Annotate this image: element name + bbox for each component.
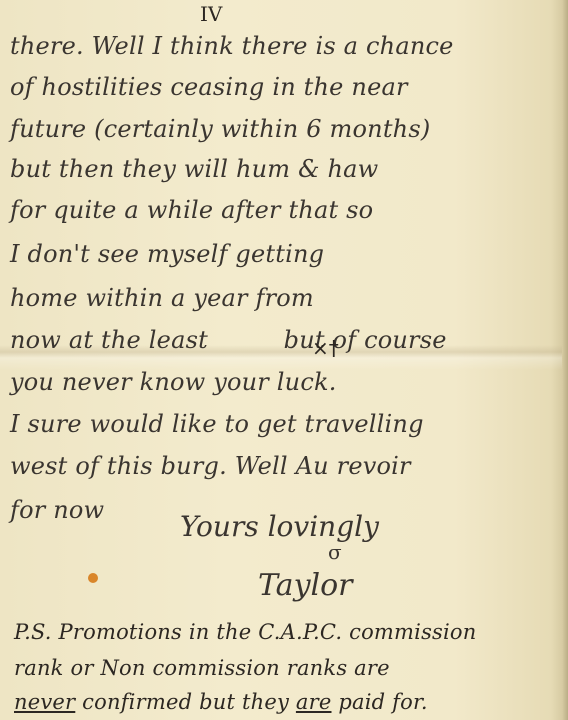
page-number: IV xyxy=(200,2,222,26)
letter-line-10: I sure would like to get travelling xyxy=(10,410,568,438)
postscript-middle: confirmed but they xyxy=(75,690,296,714)
postscript-line-1: P.S. Promotions in the C.A.P.C. commissi… xyxy=(14,620,568,644)
insertion-mark: ×† xyxy=(312,336,339,360)
postscript-line-2: rank or Non commission ranks are xyxy=(14,656,568,680)
letter-line-8-start: now at the least xyxy=(10,326,208,354)
paper-edge xyxy=(562,0,568,720)
letter-line-7: home within a year from xyxy=(10,284,568,312)
closing: Yours lovingly xyxy=(180,510,379,543)
letter-line-11: west of this burg. Well Au revoir xyxy=(10,452,568,480)
letter-line-8: now at the least but of course xyxy=(10,326,568,354)
postscript-line-3: never confirmed but they are paid for. xyxy=(14,690,568,714)
letter-page: IV there. Well I think there is a chance… xyxy=(0,0,568,720)
letter-line-6: I don't see myself getting xyxy=(10,240,568,268)
signature-mark: σ xyxy=(328,540,342,564)
letter-line-1: there. Well I think there is a chance xyxy=(10,32,568,60)
stain-spot xyxy=(88,573,98,583)
postscript-are: are xyxy=(296,690,332,714)
letter-line-3: future (certainly within 6 months) xyxy=(10,115,568,143)
postscript-end: paid for. xyxy=(332,690,428,714)
letter-line-2: of hostilities ceasing in the near xyxy=(10,73,568,101)
letter-line-5: for quite a while after that so xyxy=(10,196,568,224)
signature: Taylor xyxy=(258,568,353,603)
letter-line-9: you never know your luck. xyxy=(10,368,568,396)
postscript-never: never xyxy=(14,690,75,714)
letter-line-8-end: but of course xyxy=(284,326,447,354)
letter-line-4: but then they will hum & haw xyxy=(10,155,568,183)
